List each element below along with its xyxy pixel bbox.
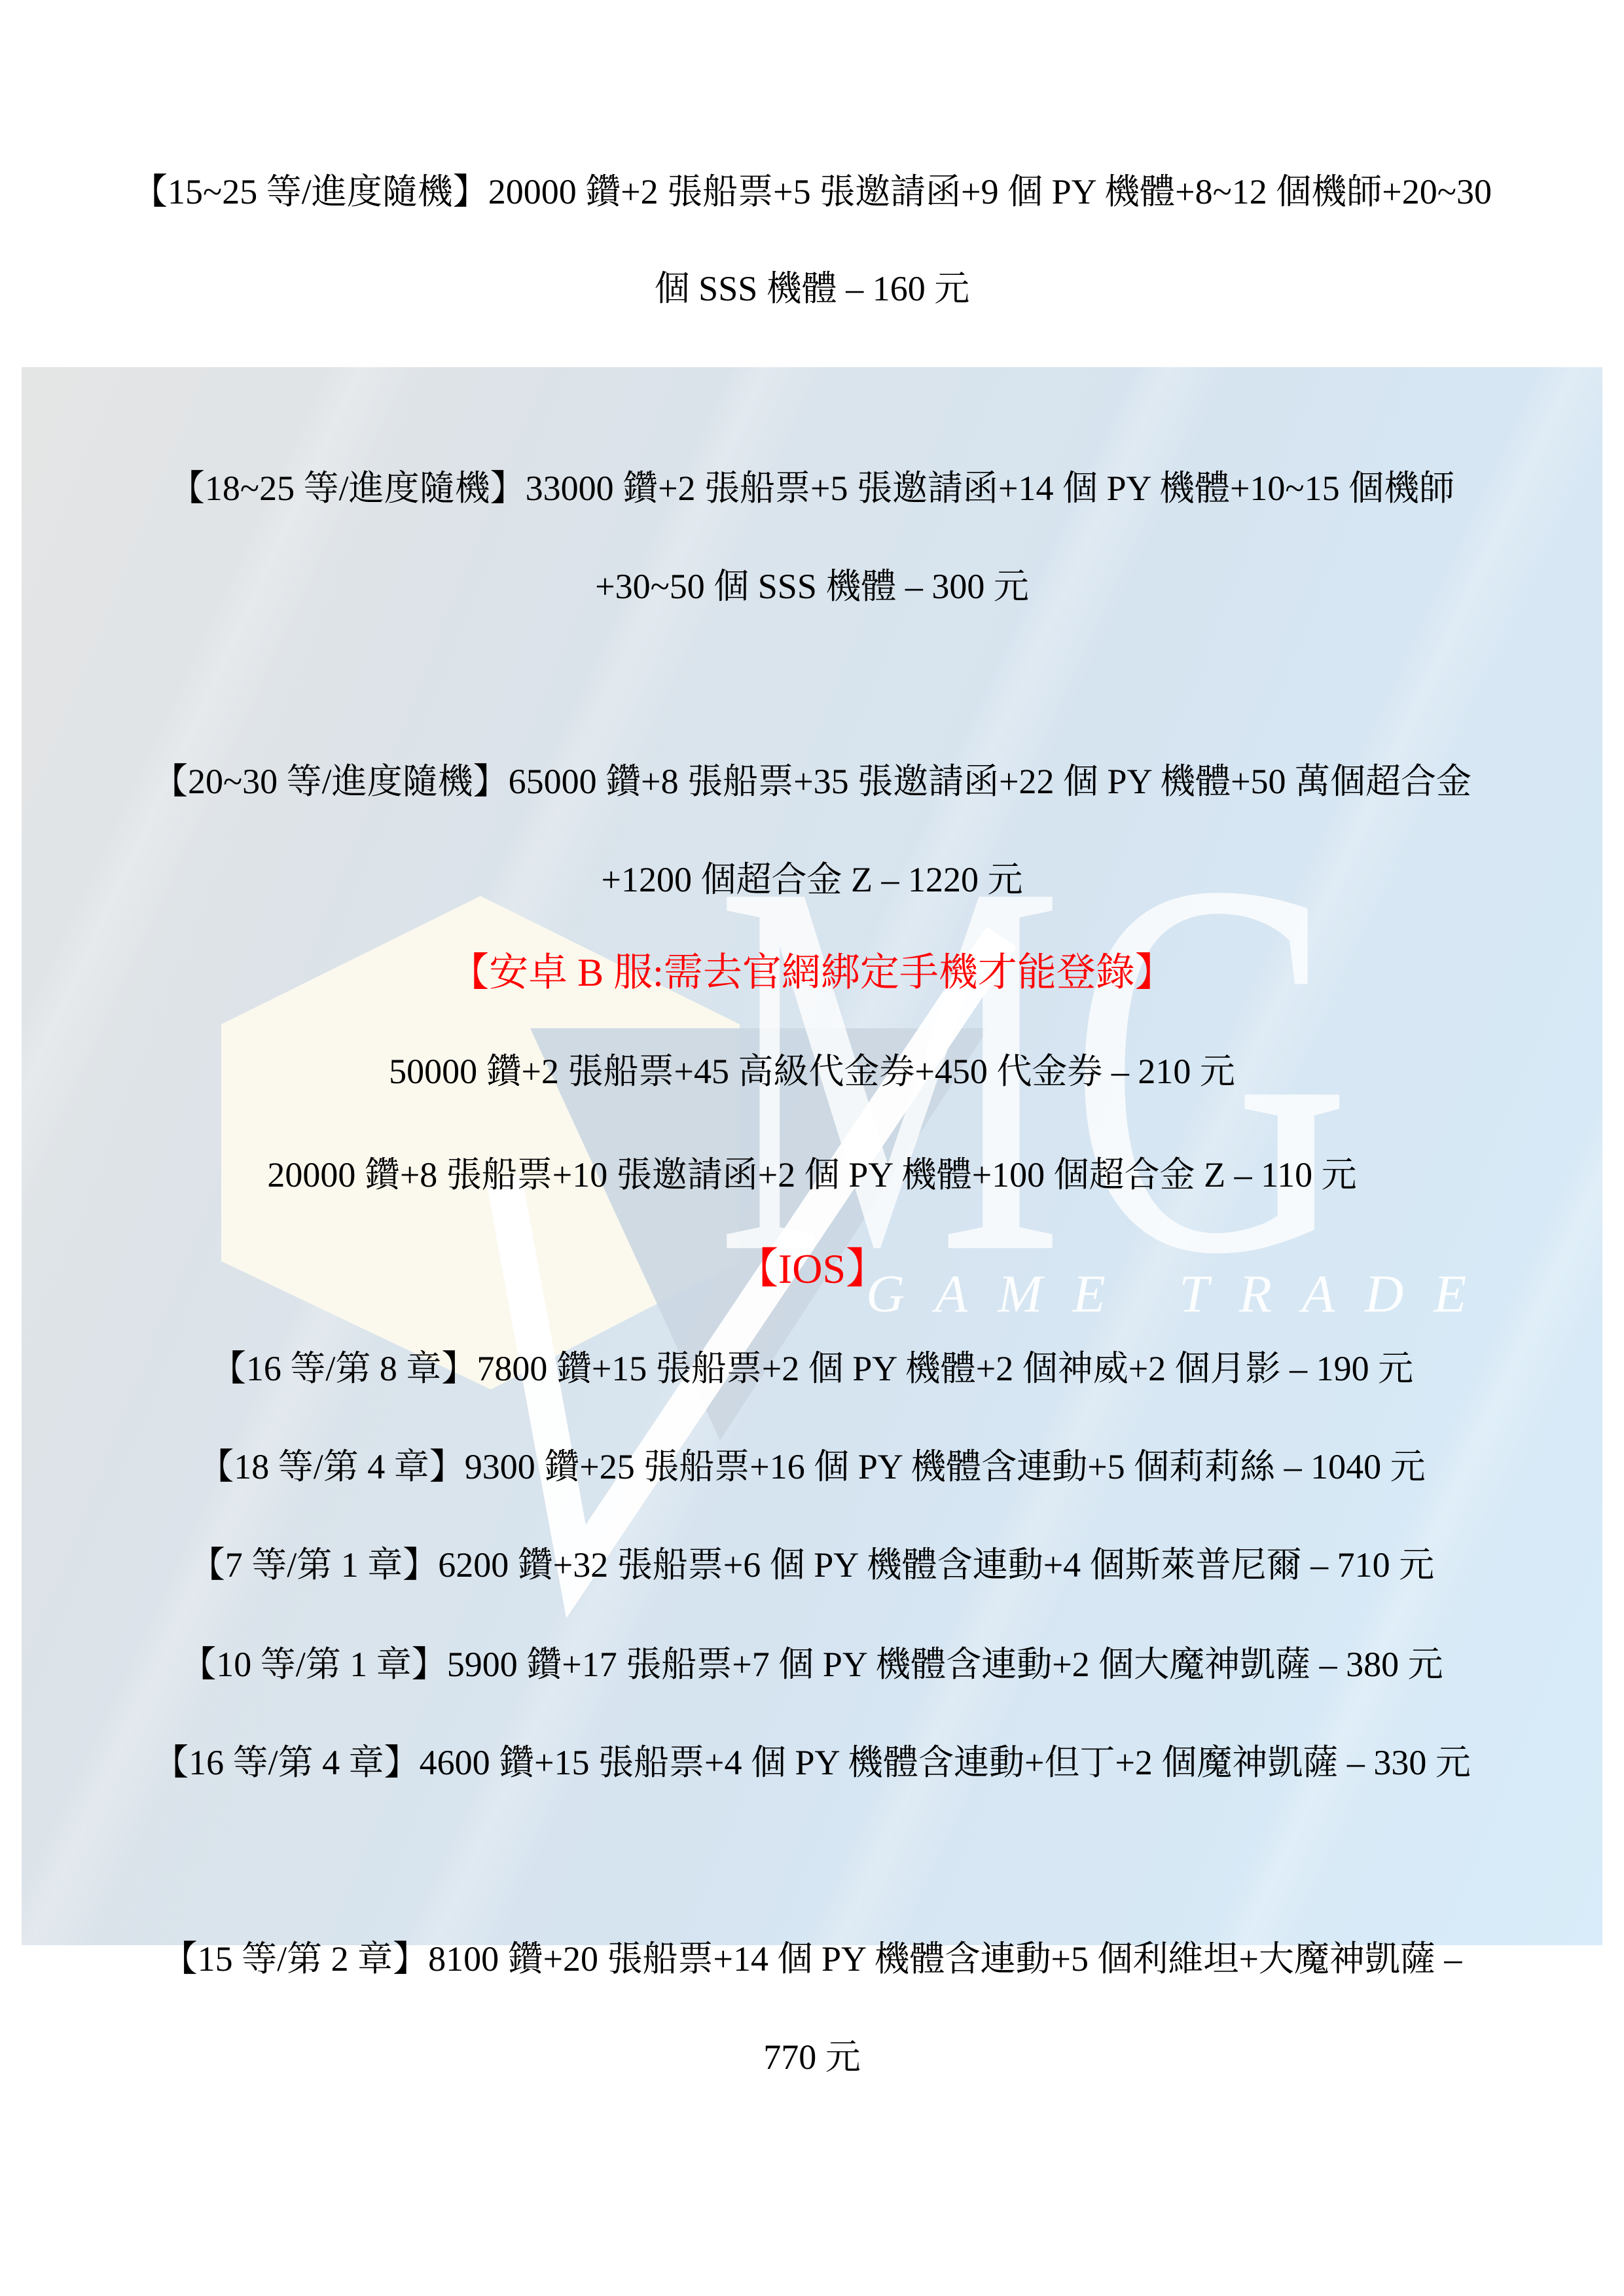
offer-line-ios-4: 【10 等/第 1 章】5900 鑽+17 張船票+7 個 PY 機體含連動+2…	[0, 1644, 1624, 1685]
offer-line-android-b-2: 20000 鑽+8 張船票+10 張邀請函+2 個 PY 機體+100 個超合金…	[0, 1155, 1624, 1195]
offer-line-ios-2: 【18 等/第 4 章】9300 鑽+25 張船票+16 個 PY 機體含連動+…	[0, 1446, 1624, 1487]
section-header-android-b: 【安卓 B 服:需去官網綁定手機才能登錄】	[0, 950, 1624, 996]
offer-line-android-a-5: 【20~30 等/進度隨機】65000 鑽+8 張船票+35 張邀請函+22 個…	[0, 761, 1624, 802]
offer-line-android-a-4: +30~50 個 SSS 機體 – 300 元	[0, 566, 1624, 607]
offer-line-android-a-3: 【18~25 等/進度隨機】33000 鑽+2 張船票+5 張邀請函+14 個 …	[0, 468, 1624, 509]
offer-line-android-a-2: 個 SSS 機體 – 160 元	[0, 268, 1624, 309]
section-header-ios: 【IOS】	[0, 1245, 1624, 1293]
offer-line-ios-6: 【15 等/第 2 章】8100 鑽+20 張船票+14 個 PY 機體含連動+…	[0, 1939, 1624, 1979]
offer-line-ios-5: 【16 等/第 4 章】4600 鑽+15 張船票+4 個 PY 機體含連動+但…	[0, 1742, 1624, 1783]
offer-line-ios-1: 【16 等/第 8 章】7800 鑽+15 張船票+2 個 PY 機體+2 個神…	[0, 1348, 1624, 1389]
offer-line-ios-6-price: 770 元	[0, 2037, 1624, 2077]
offer-line-android-b-1: 50000 鑽+2 張船票+45 高級代金券+450 代金券 – 210 元	[0, 1051, 1624, 1092]
offer-line-android-a-6: +1200 個超合金 Z – 1220 元	[0, 859, 1624, 900]
offer-line-ios-3: 【7 等/第 1 章】6200 鑽+32 張船票+6 個 PY 機體含連動+4 …	[0, 1545, 1624, 1585]
document-page: MG GAME TRADE 【15~25 等/進度隨機】20000 鑽+2 張船…	[0, 0, 1624, 2296]
offer-line-android-a-1: 【15~25 等/進度隨機】20000 鑽+2 張船票+5 張邀請函+9 個 P…	[0, 171, 1624, 212]
